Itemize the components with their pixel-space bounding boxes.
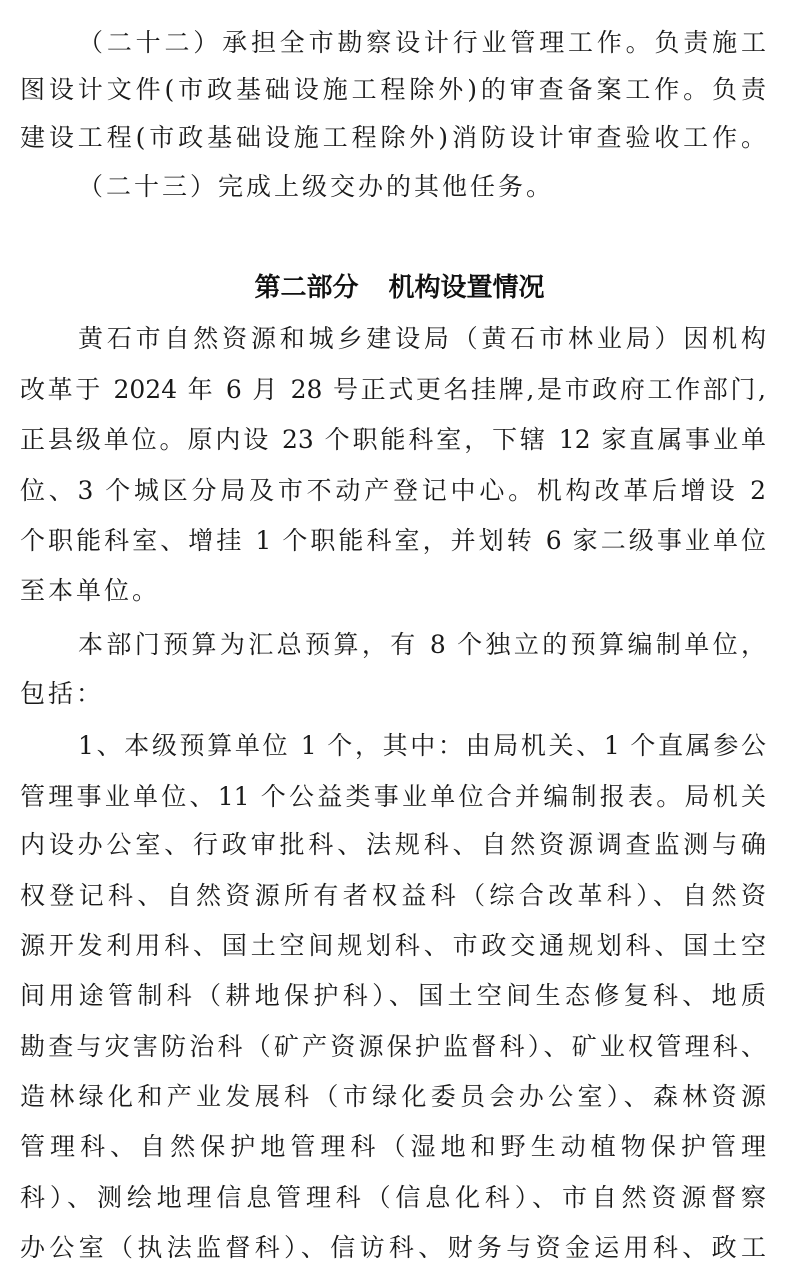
para3-line-7: 勘查与灾害防治科（矿产资源保护监督科）、矿业权管理科、 bbox=[20, 1029, 766, 1065]
para1-line-3: 正县级单位。原内设 23 个职能科室，下辖 12 家直属事业单 bbox=[20, 422, 766, 458]
para1-line-4: 位、3 个城区分局及市不动产登记中心。机构改革后增设 2 bbox=[20, 473, 766, 509]
para1-line-6: 至本单位。 bbox=[20, 573, 766, 609]
para2-line-2: 包括： bbox=[20, 676, 766, 712]
para1-line-1: 黄石市自然资源和城乡建设局（黄石市林业局）因机构 bbox=[78, 321, 766, 357]
para3-line-2: 管理事业单位、11 个公益类事业单位合并编制报表。局机关 bbox=[20, 779, 766, 815]
para3-line-6: 间用途管制科（耕地保护科）、国土空间生态修复科、地质 bbox=[20, 978, 766, 1014]
section-heading: 第二部分机构设置情况 bbox=[0, 268, 799, 308]
duty-22-line-3: 建设工程(市政基础设施工程除外)消防设计审查验收工作。 bbox=[20, 120, 766, 156]
para1-line-5: 个职能科室、增挂 1 个职能科室，并划转 6 家二级事业单位 bbox=[20, 523, 766, 559]
heading-part: 第二部分 bbox=[254, 273, 358, 303]
para3-line-11: 办公室（执法监督科）、信访科、财务与资金运用科、政工 bbox=[20, 1230, 766, 1266]
para3-line-3: 内设办公室、行政审批科、法规科、自然资源调查监测与确 bbox=[20, 827, 766, 863]
para3-line-4: 权登记科、自然资源所有者权益科（综合改革科）、自然资 bbox=[20, 878, 766, 914]
para2-line-1: 本部门预算为汇总预算，有 8 个独立的预算编制单位， bbox=[78, 627, 766, 663]
heading-title: 机构设置情况 bbox=[389, 273, 545, 303]
para1-line-2: 改革于 2024 年 6 月 28 号正式更名挂牌,是市政府工作部门, bbox=[20, 372, 766, 408]
para3-line-1: 1、本级预算单位 1 个，其中：由局机关、1 个直属参公 bbox=[78, 728, 766, 764]
para3-line-5: 源开发利用科、国土空间规划科、市政交通规划科、国土空 bbox=[20, 928, 766, 964]
duty-23-line-1: （二十三）完成上级交办的其他任务。 bbox=[78, 169, 766, 205]
para3-line-9: 管理科、自然保护地管理科（湿地和野生动植物保护管理 bbox=[20, 1129, 766, 1165]
duty-22-line-2: 图设计文件(市政基础设施工程除外)的审查备案工作。负责 bbox=[20, 72, 766, 108]
duty-22-line-1: （二十二）承担全市勘察设计行业管理工作。负责施工 bbox=[78, 25, 766, 61]
para3-line-8: 造林绿化和产业发展科（市绿化委员会办公室）、森林资源 bbox=[20, 1079, 766, 1115]
para3-line-10: 科）、测绘地理信息管理科（信息化科）、市自然资源督察 bbox=[20, 1180, 766, 1216]
